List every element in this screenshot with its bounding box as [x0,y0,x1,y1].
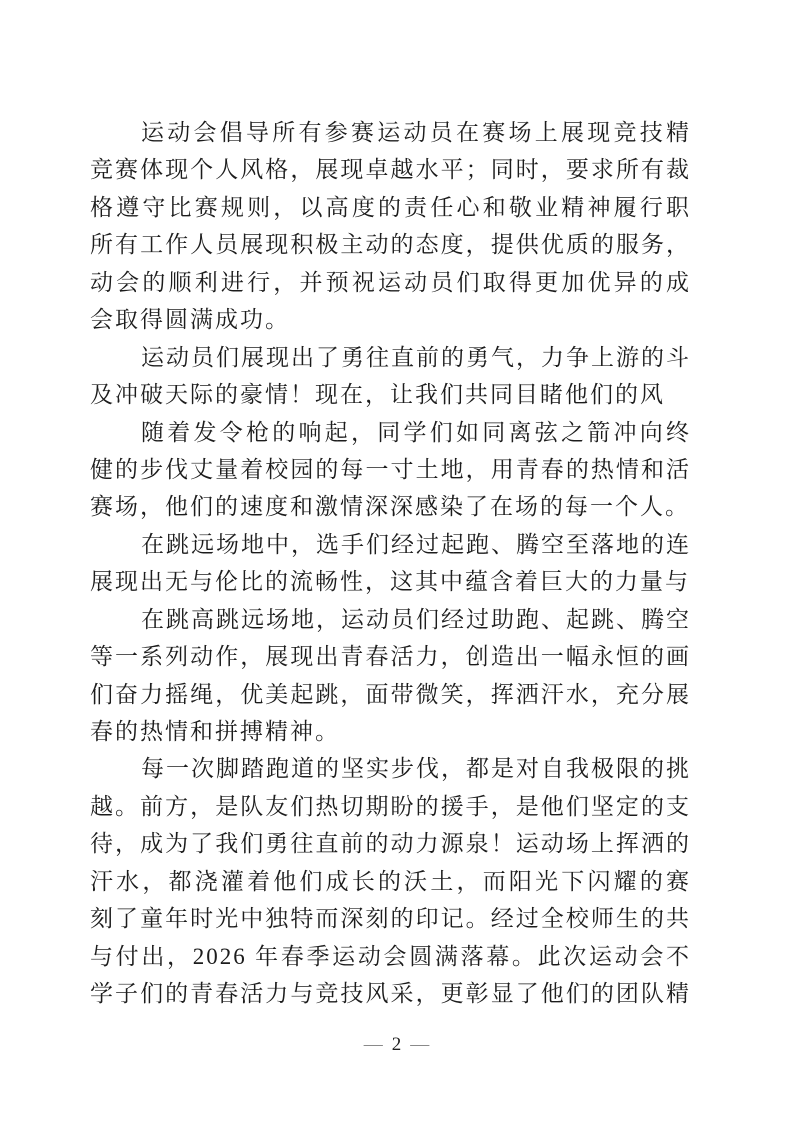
footer-dash-right: — [410,1034,429,1055]
text-line: 会取得圆满成功。 [90,301,691,338]
paragraph: 随着发令枪的响起，同学们如同离弦之箭冲向终点，以矫健的步伐丈量着校园的每一寸土地… [90,414,691,526]
text-line: 等一系列动作，展现出青春活力，创造出一幅永恒的画卷。他 [90,638,691,675]
footer-dash-left: — [364,1034,383,1055]
text-line: 汗水，都浇灌着他们成长的沃土，而阳光下闪耀的赛场，则镌 [90,863,691,900]
paragraph: 在跳远场地中，选手们经过起跑、腾空至落地的连贯动作，展现出无与伦比的流畅性，这其… [90,526,691,601]
text-line: 格遵守比赛规则，以高度的责任心和敬业精神履行职责；期望 [90,189,691,226]
text-line: 刻了童年时光中独特而深刻的印记。经过全校师生的共同拼搏 [90,900,691,937]
paragraph: 运动员们展现出了勇往直前的勇气，力争上游的斗志，以及冲破天际的豪情！现在，让我们… [90,339,691,414]
text-line: 待，成为了我们勇往直前的动力源泉！运动场上挥洒的每一滴 [90,825,691,862]
text-line: 随着发令枪的响起，同学们如同离弦之箭冲向终点，以矫 [90,414,691,451]
text-line: 们奋力摇绳，优美起跳，面带微笑，挥洒汗水，充分展现了青 [90,676,691,713]
paragraph: 在跳高跳远场地，运动员们经过助跑、起跳、腾空和落地等一系列动作，展现出青春活力，… [90,601,691,751]
text-line: 春的热情和拼搏精神。 [90,713,691,750]
text-line: 健的步伐丈量着校园的每一寸土地，用青春的热情和活力点燃 [90,451,691,488]
text-line: 所有工作人员展现积极主动的态度，提供优质的服务，确保运 [90,226,691,263]
text-line: 在跳高跳远场地，运动员们经过助跑、起跳、腾空和落地 [90,601,691,638]
text-line: 运动员们展现出了勇往直前的勇气，力争上游的斗志，以 [90,339,691,376]
text-line: 竞赛体现个人风格，展现卓越水平；同时，要求所有裁判员严 [90,151,691,188]
document-body: 运动会倡导所有参赛运动员在赛场上展现竞技精神，通过竞赛体现个人风格，展现卓越水平… [90,114,691,1013]
paragraph: 每一次脚踏跑道的坚实步伐，都是对自我极限的挑战与超越。前方，是队友们热切期盼的援… [90,750,691,1012]
text-line: 学子们的青春活力与竞技风采，更彰显了他们的团队精神与卓 [90,975,691,1012]
text-line: 展现出无与伦比的流畅性，这其中蕴含着巨大的力量与能量。 [90,563,691,600]
text-line: 每一次脚踏跑道的坚实步伐，都是对自我极限的挑战与超 [90,750,691,787]
text-line: 动会的顺利进行，并预祝运动员们取得更加优异的成绩，运动 [90,264,691,301]
page-footer: —2— [0,1032,793,1058]
page-number: 2 [392,1034,402,1055]
text-line: 运动会倡导所有参赛运动员在赛场上展现竞技精神，通过 [90,114,691,151]
text-line: 与付出，2026 年春季运动会圆满落幕。此次运动会不仅展现了 [90,938,691,975]
document-page: 运动会倡导所有参赛运动员在赛场上展现竞技精神，通过竞赛体现个人风格，展现卓越水平… [0,0,793,1122]
text-line: 及冲破天际的豪情！现在，让我们共同目睹他们的风采！ [90,376,691,413]
text-line: 赛场，他们的速度和激情深深感染了在场的每一个人。 [90,488,691,525]
paragraph: 运动会倡导所有参赛运动员在赛场上展现竞技精神，通过竞赛体现个人风格，展现卓越水平… [90,114,691,339]
text-line: 在跳远场地中，选手们经过起跑、腾空至落地的连贯动作， [90,526,691,563]
text-line: 越。前方，是队友们热切期盼的援手，是他们坚定的支持与期 [90,788,691,825]
